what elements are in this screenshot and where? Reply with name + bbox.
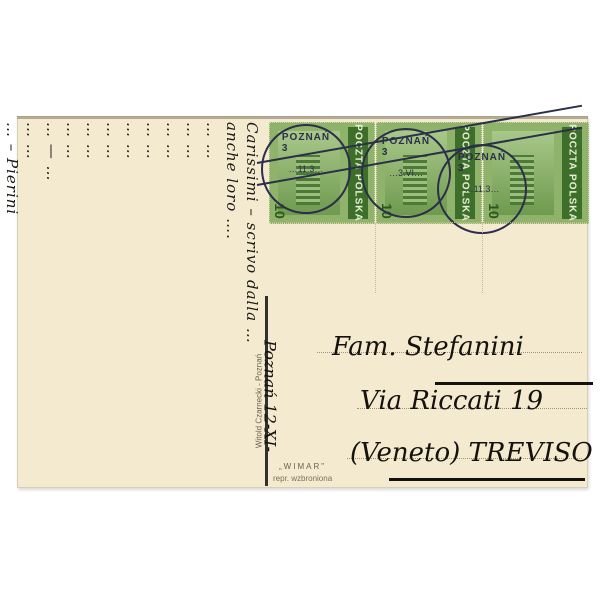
message-line: … … bbox=[122, 122, 142, 482]
message-line: … – Pierini bbox=[2, 122, 22, 482]
message-line: … … bbox=[162, 122, 182, 482]
address-street: Via Riccati 19 bbox=[360, 386, 543, 416]
message-line: … — … bbox=[42, 122, 62, 482]
postmark: POZNAŃ 3 …11.3… bbox=[437, 144, 527, 234]
stamp-strip: POCZTA POLSKA 10 POCZTA POLSKA 10 POCZTA… bbox=[269, 122, 587, 222]
message-line: … … bbox=[182, 122, 202, 482]
handwritten-message: Carissimi – scrivo dalla … anche loro ….… bbox=[17, 116, 267, 488]
publisher-credit: Witold Czarnecki - Poznań bbox=[249, 316, 269, 486]
message-line: … … bbox=[62, 122, 82, 482]
publisher-text: Witold Czarnecki - Poznań bbox=[255, 354, 264, 448]
imprint: „WIMAR" bbox=[279, 462, 326, 471]
message-lines: Carissimi – scrivo dalla … anche loro ….… bbox=[22, 122, 262, 482]
rights-notice: repr. wzbroniona bbox=[273, 474, 332, 483]
message-line: anche loro …. bbox=[222, 122, 242, 482]
stamp-country-band: POCZTA POLSKA bbox=[562, 127, 582, 219]
message-line: … … bbox=[202, 122, 222, 482]
stamp-selvage bbox=[269, 222, 587, 293]
message-line: … … bbox=[102, 122, 122, 482]
address-city: (Veneto) TREVISO bbox=[350, 438, 593, 468]
message-line: … … bbox=[22, 122, 42, 482]
message-line: … … bbox=[142, 122, 162, 482]
postcard: Carissimi – scrivo dalla … anche loro ….… bbox=[17, 116, 588, 488]
address-recipient: Fam. Stefanini bbox=[332, 332, 524, 362]
message-line: … … bbox=[82, 122, 102, 482]
